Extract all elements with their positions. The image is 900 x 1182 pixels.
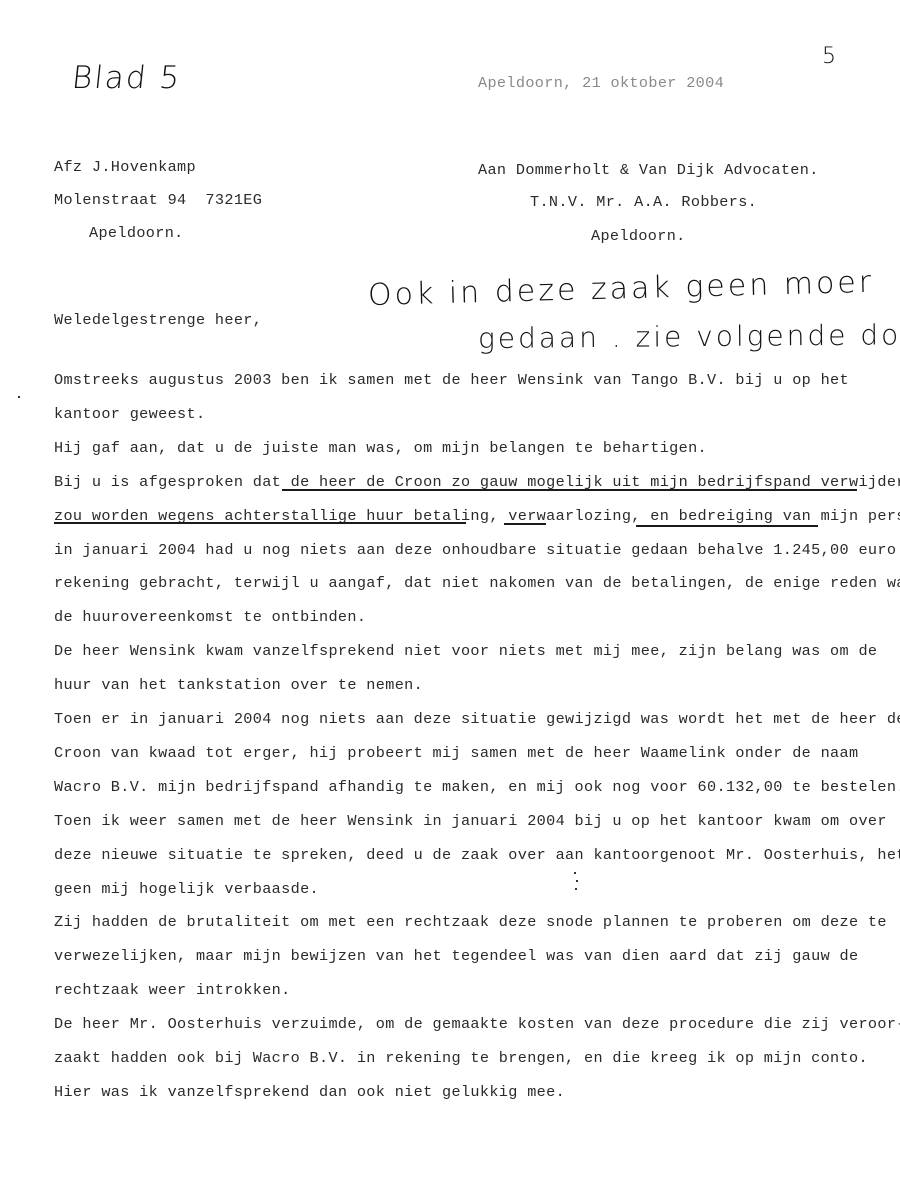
body-line: in januari 2004 had u nog niets aan deze… — [54, 541, 900, 559]
salutation: Weledelgestrenge heer, — [54, 311, 262, 329]
body-line: Zij hadden de brutaliteit om met een rec… — [54, 913, 887, 931]
recipient-firm: Aan Dommerholt & Van Dijk Advocaten. — [478, 161, 819, 179]
body-line: De heer Mr. Oosterhuis verzuimde, om de … — [54, 1015, 900, 1033]
underline-mark — [282, 489, 857, 491]
sender-name: Afz J.Hovenkamp — [54, 158, 196, 176]
body-line: Toen er in januari 2004 nog niets aan de… — [54, 710, 900, 728]
speck — [574, 872, 576, 874]
body-line: Croon van kwaad tot erger, hij probeert … — [54, 744, 858, 762]
body-line: Hier was ik vanzelfsprekend dan ook niet… — [54, 1083, 565, 1101]
body-line: Omstreeks augustus 2003 ben ik samen met… — [54, 371, 849, 389]
speck — [576, 880, 578, 882]
speck — [18, 396, 20, 398]
body-line: deze nieuwe situatie te spreken, deed u … — [54, 846, 900, 864]
date-line: Apeldoorn, 21 oktober 2004 — [478, 74, 724, 92]
handwritten-annotation-line-2: gedaan . zie volgende doc — [478, 318, 900, 355]
body-line: huur van het tankstation over te nemen. — [54, 676, 423, 694]
body-line: verwezelijken, maar mijn bewijzen van he… — [54, 947, 858, 965]
handwritten-page-number: 5 — [822, 44, 836, 69]
letter-page: Blad 5 5 Ook in deze zaak geen moer geda… — [0, 0, 900, 1182]
handwritten-annotation-line-1: Ook in deze zaak geen moer — [368, 265, 875, 313]
recipient-attention: T.N.V. Mr. A.A. Robbers. — [530, 193, 757, 211]
body-line: kantoor geweest. — [54, 405, 205, 423]
body-line: zaakt hadden ook bij Wacro B.V. in reken… — [54, 1049, 868, 1067]
body-line: Toen ik weer samen met de heer Wensink i… — [54, 812, 887, 830]
sender-city: Apeldoorn. — [89, 224, 184, 242]
body-line: rekening gebracht, terwijl u aangaf, dat… — [54, 574, 900, 592]
body-line: de huurovereenkomst te ontbinden. — [54, 608, 366, 626]
body-line: rechtzaak weer introkken. — [54, 981, 291, 999]
body-line: geen mij hogelijk verbaasde. — [54, 880, 319, 898]
underline-mark — [54, 522, 466, 524]
sender-address: Molenstraat 94 7321EG — [54, 191, 262, 209]
handwritten-sheet-label: Blad 5 — [70, 60, 183, 96]
underline-mark — [636, 525, 818, 527]
body-line: Hij gaf aan, dat u de juiste man was, om… — [54, 439, 707, 457]
body-line: Wacro B.V. mijn bedrijfspand afhandig te… — [54, 778, 900, 796]
body-line: De heer Wensink kwam vanzelfsprekend nie… — [54, 642, 877, 660]
recipient-city: Apeldoorn. — [591, 227, 686, 245]
underline-mark — [504, 523, 546, 525]
speck — [575, 888, 577, 890]
